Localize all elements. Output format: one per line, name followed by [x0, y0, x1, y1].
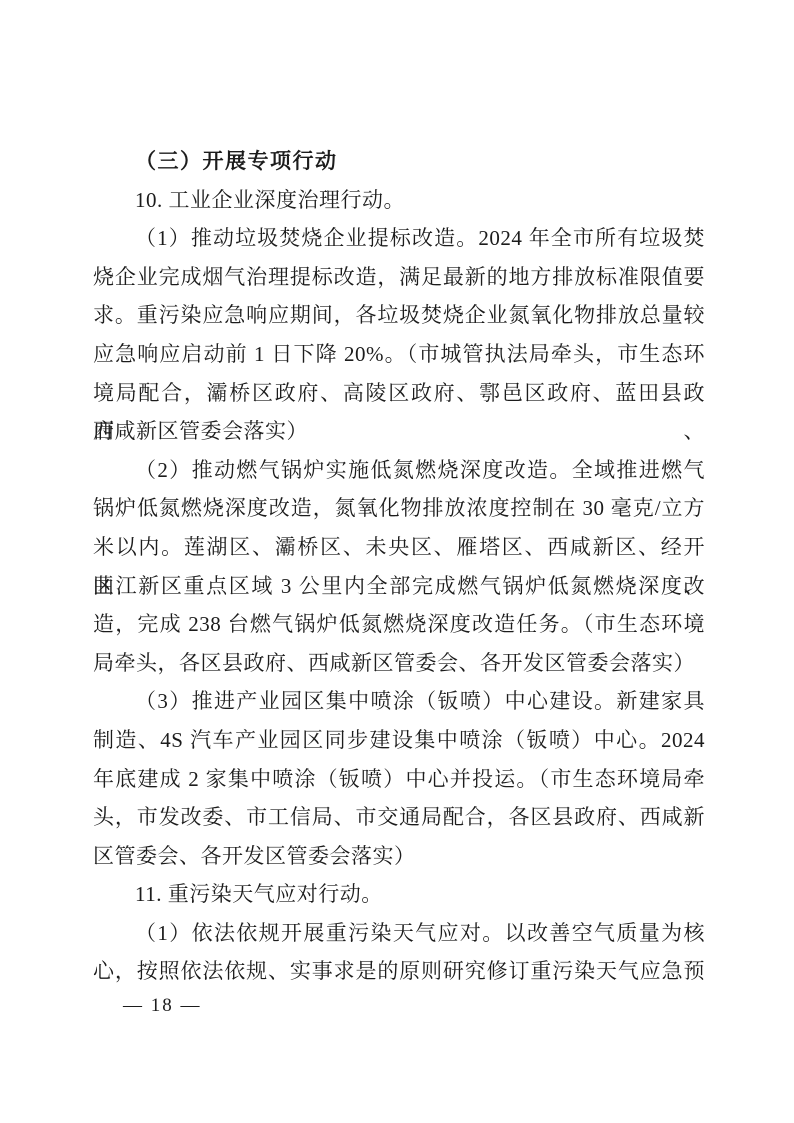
text-line: 烧企业完成烟气治理提标改造，满足最新的地方排放标准限值要 — [93, 258, 705, 297]
text-line: 10. 工业企业深度治理行动。 — [93, 181, 705, 220]
text-line: 米以内。莲湖区、灞桥区、未央区、雁塔区、西咸新区、经开区、 — [93, 528, 705, 567]
text-line: 局牵头，各区县政府、西咸新区管委会、各开发区管委会落实） — [93, 644, 705, 683]
text-line: 头，市发改委、市工信局、市交通局配合，各区县政府、西咸新 — [93, 798, 705, 837]
text-line: （三）开展专项行动 — [93, 142, 705, 181]
paragraph: （3）推进产业园区集中喷涂（钣喷）中心建设。新建家具制造、4S 汽车产业园区同步… — [93, 682, 705, 875]
text-line: （2）推动燃气锅炉实施低氮燃烧深度改造。全域推进燃气 — [93, 451, 705, 490]
text-line: 年底建成 2 家集中喷涂（钣喷）中心并投运。（市生态环境局牵 — [93, 760, 705, 799]
paragraph: 10. 工业企业深度治理行动。 — [93, 181, 705, 220]
text-line: 求。重污染应急响应期间，各垃圾焚烧企业氮氧化物排放总量较 — [93, 296, 705, 335]
document-page: （三）开展专项行动10. 工业企业深度治理行动。（1）推动垃圾焚烧企业提标改造。… — [0, 0, 794, 1123]
text-line: 曲江新区重点区域 3 公里内全部完成燃气锅炉低氮燃烧深度改 — [93, 567, 705, 606]
text-line: （3）推进产业园区集中喷涂（钣喷）中心建设。新建家具 — [93, 682, 705, 721]
text-line: 制造、4S 汽车产业园区同步建设集中喷涂（钣喷）中心。2024 — [93, 721, 705, 760]
paragraph: （2）推动燃气锅炉实施低氮燃烧深度改造。全域推进燃气锅炉低氮燃烧深度改造，氮氧化… — [93, 451, 705, 683]
paragraph: （1）推动垃圾焚烧企业提标改造。2024 年全市所有垃圾焚烧企业完成烟气治理提标… — [93, 219, 705, 451]
document-body: （三）开展专项行动10. 工业企业深度治理行动。（1）推动垃圾焚烧企业提标改造。… — [93, 142, 705, 991]
text-line: 锅炉低氮燃烧深度改造，氮氧化物排放浓度控制在 30 毫克/立方 — [93, 489, 705, 528]
text-line: 11. 重污染天气应对行动。 — [93, 875, 705, 914]
paragraph: 11. 重污染天气应对行动。 — [93, 875, 705, 914]
text-line: 造，完成 238 台燃气锅炉低氮燃烧深度改造任务。（市生态环境 — [93, 605, 705, 644]
text-line: 心，按照依法依规、实事求是的原则研究修订重污染天气应急预 — [93, 952, 705, 991]
text-line: （1）推动垃圾焚烧企业提标改造。2024 年全市所有垃圾焚 — [93, 219, 705, 258]
paragraph: （1）依法依规开展重污染天气应对。以改善空气质量为核心，按照依法依规、实事求是的… — [93, 914, 705, 991]
text-line: 境局配合，灞桥区政府、高陵区政府、鄠邑区政府、蓝田县政府、 — [93, 374, 705, 413]
text-line: （1）依法依规开展重污染天气应对。以改善空气质量为核 — [93, 914, 705, 953]
text-line: 应急响应启动前 1 日下降 20%。（市城管执法局牵头，市生态环 — [93, 335, 705, 374]
text-line: 区管委会、各开发区管委会落实） — [93, 837, 705, 876]
section-heading: （三）开展专项行动 — [93, 142, 705, 181]
page-number: — 18 — — [123, 995, 202, 1017]
